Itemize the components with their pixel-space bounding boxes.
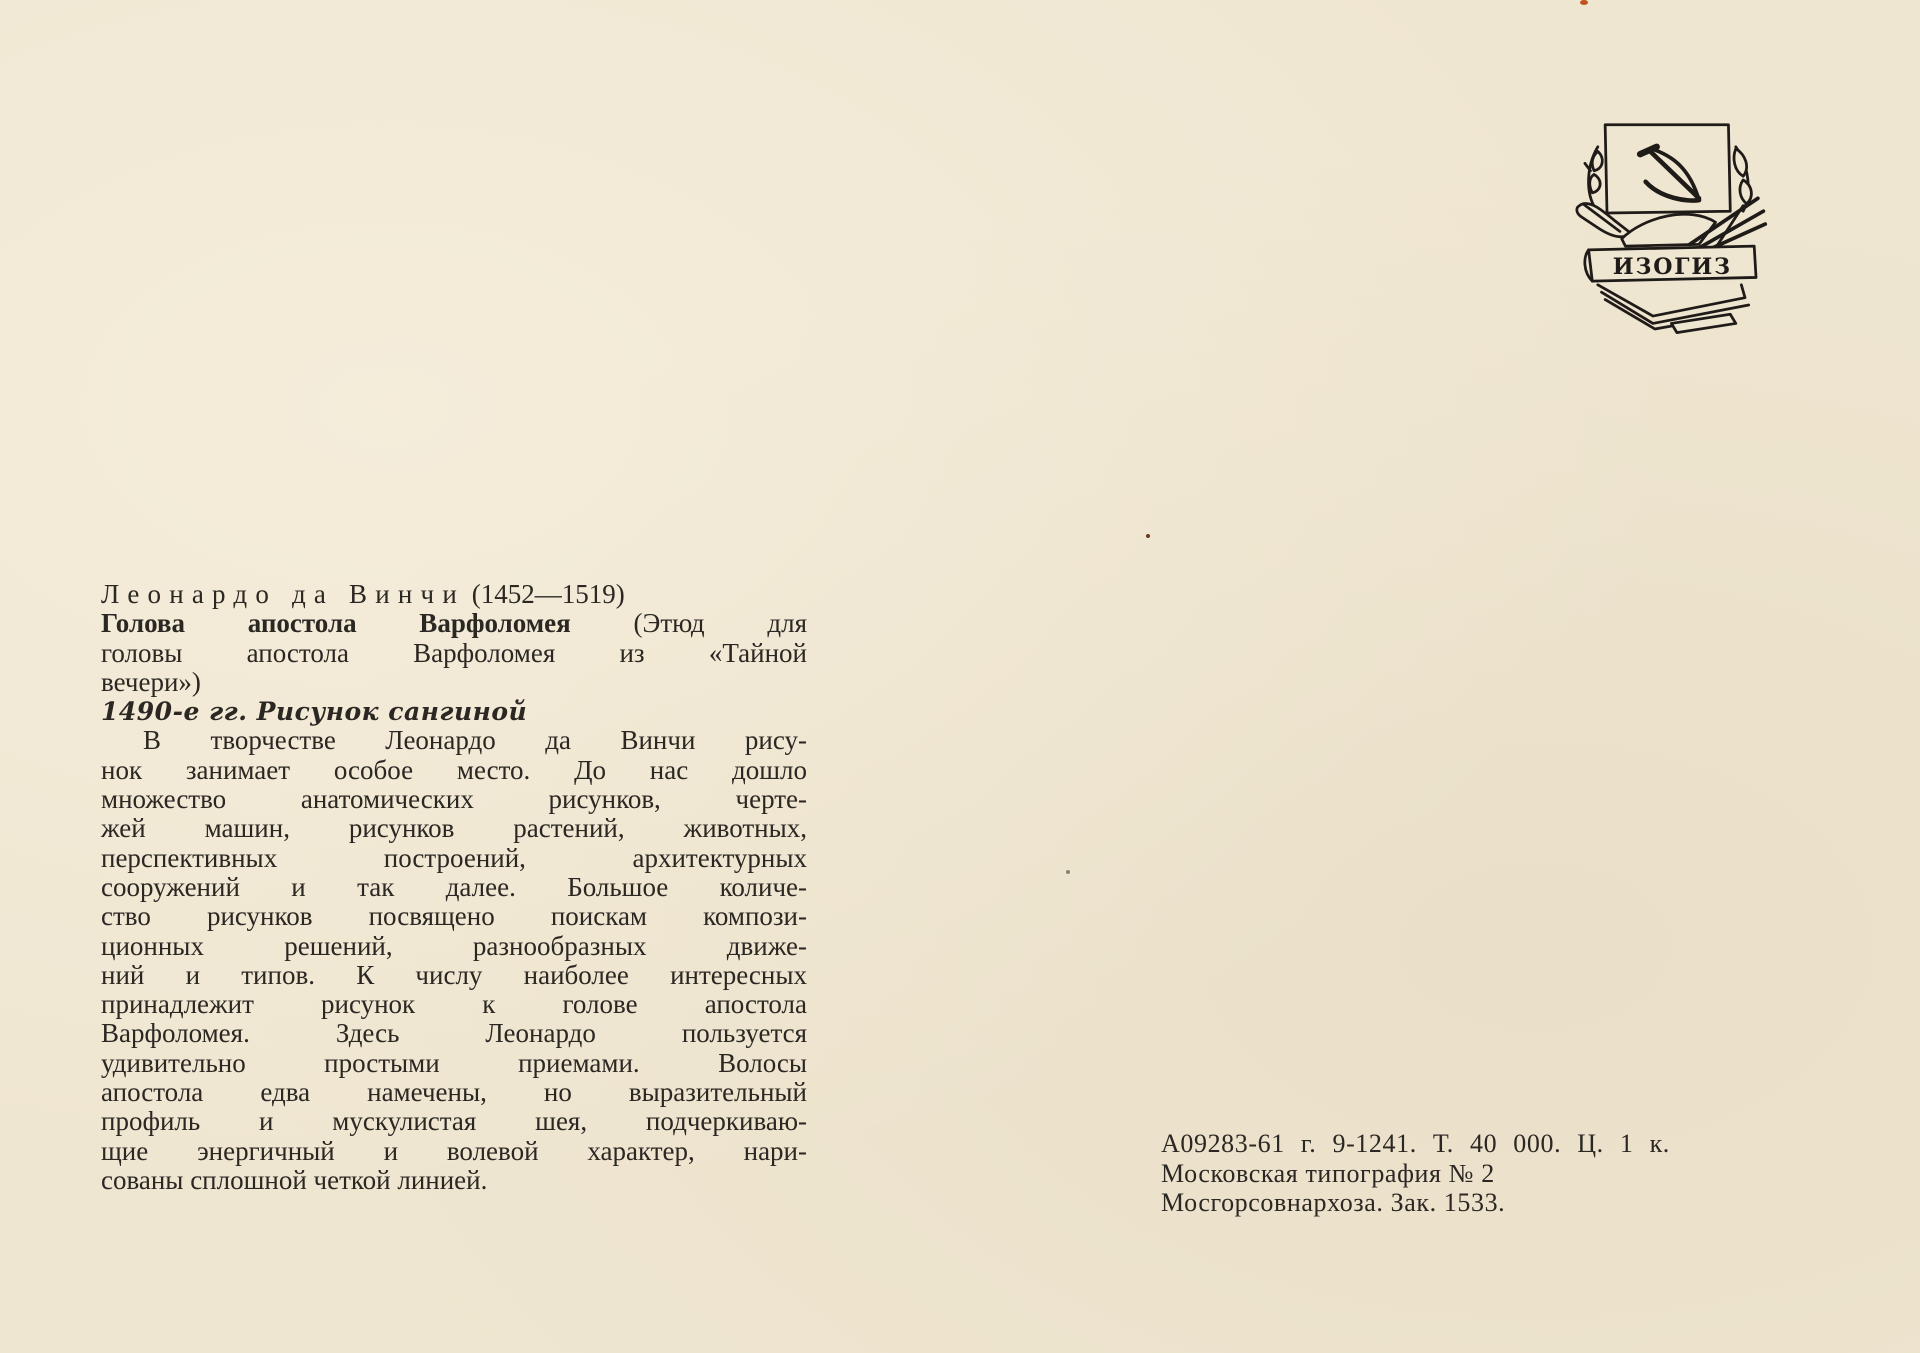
body-line: щие энергичный и волевой характер, нари- bbox=[101, 1137, 807, 1166]
imprint-line-3: Мосгорсовнархоза. Зак. 1533. bbox=[1161, 1188, 1781, 1218]
title-note-1: (Этюд для bbox=[634, 608, 808, 638]
title-line-2: головы апостола Варфоломея из «Тайной bbox=[101, 639, 807, 668]
paper-speck bbox=[1146, 534, 1150, 538]
printer-imprint: А09283-61 г. 9-1241. Т. 40 000. Ц. 1 к. … bbox=[1161, 1129, 1781, 1218]
body-line: сованы сплошной четкой линией. bbox=[101, 1166, 807, 1195]
body-line: профиль и мускулистая шея, подчеркиваю- bbox=[101, 1107, 807, 1136]
imprint-line-1: А09283-61 г. 9-1241. Т. 40 000. Ц. 1 к. bbox=[1161, 1129, 1781, 1159]
hammer-and-sickle-emblem-icon: ИЗОГИЗ bbox=[1561, 110, 1791, 340]
paper-speck bbox=[1066, 870, 1070, 874]
body-line: нок занимает особое место. До нас дошло bbox=[101, 756, 807, 785]
body-line: множество анатомических рисунков, черте- bbox=[101, 785, 807, 814]
author-name: Леонардо да Винчи bbox=[101, 579, 465, 609]
body-line: В творчестве Леонардо да Винчи рису- bbox=[101, 726, 807, 755]
body-line: перспективных построений, архитектурных bbox=[101, 844, 807, 873]
title-line-1: Голова апостола Варфоломея (Этюд для bbox=[101, 609, 807, 638]
body-line: сооружений и так далее. Большое количе- bbox=[101, 873, 807, 902]
body-line: ний и типов. К числу наиболее интересных bbox=[101, 961, 807, 990]
author-line: Леонардо да Винчи (1452—1519) bbox=[101, 580, 807, 609]
izogiz-logo: ИЗОГИЗ bbox=[1561, 110, 1791, 340]
author-years: (1452—1519) bbox=[472, 579, 625, 609]
body-line: принадлежит рисунок к голове апостола bbox=[101, 990, 807, 1019]
body-line: ство рисунков посвящено поискам компози- bbox=[101, 902, 807, 931]
body-line: удивительно простыми приемами. Волосы bbox=[101, 1049, 807, 1078]
body-line: жей машин, рисунков растений, животных, bbox=[101, 814, 807, 843]
paper-speck bbox=[1580, 0, 1588, 5]
artwork-description: Леонардо да Винчи (1452—1519) Голова апо… bbox=[101, 580, 807, 1195]
body-line: ционных решений, разнообразных движе- bbox=[101, 932, 807, 961]
body-line: Варфоломея. Здесь Леонардо пользуется bbox=[101, 1019, 807, 1048]
body-line: апостола едва намечены, но выразительный bbox=[101, 1078, 807, 1107]
title-line-3: вечери») bbox=[101, 668, 807, 697]
date-medium: 1490-е гг. Рисунок сангиной bbox=[101, 697, 807, 726]
logo-label: ИЗОГИЗ bbox=[1613, 254, 1732, 280]
artwork-title: Голова апостола Варфоломея bbox=[101, 608, 571, 638]
imprint-line-2: Московская типография № 2 bbox=[1161, 1159, 1781, 1189]
